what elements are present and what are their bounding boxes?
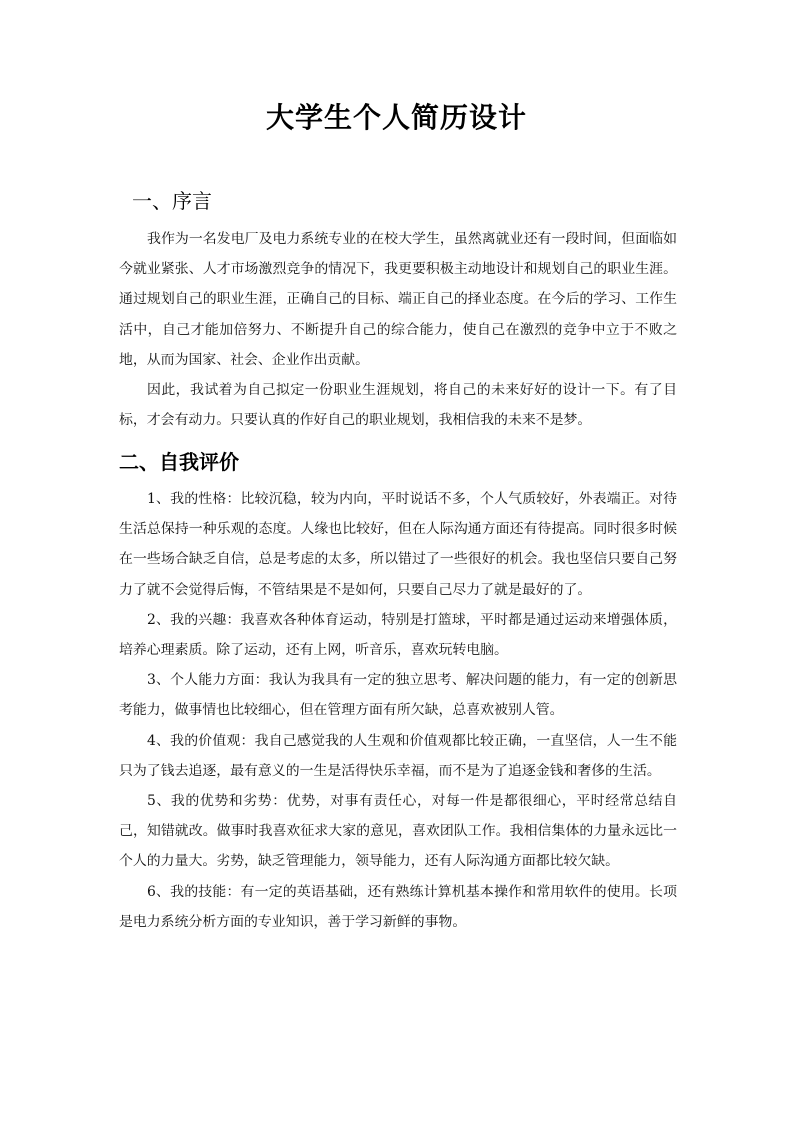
- paragraph-values: 4、我的价值观：我自己感觉我的人生观和价值观都比较正确，一直坚信，人一生不能只为…: [119, 726, 677, 786]
- paragraph-skills: 6、我的技能：有一定的英语基础，还有熟练计算机基本操作和常用软件的使用。长项是电…: [119, 877, 677, 937]
- paragraph-preface-2: 因此，我试着为自己拟定一份职业生涯规划，将自己的未来好好的设计一下。有了目标，才…: [119, 375, 677, 435]
- document-page: 大学生个人简历设计 一、序言 我作为一名发电厂及电力系统专业的在校大学生，虽然离…: [0, 0, 793, 1122]
- paragraph-personality: 1、我的性格：比较沉稳，较为内向，平时说话不多，个人气质较好，外表端正。对待生活…: [119, 484, 677, 605]
- paragraph-preface-1: 我作为一名发电厂及电力系统专业的在校大学生，虽然离就业还有一段时间，但面临如今就…: [119, 224, 677, 375]
- paragraph-interests: 2、我的兴趣：我喜欢各种体育运动，特别是打篮球，平时都是通过运动来增强体质，培养…: [119, 605, 677, 665]
- paragraph-strengths-weaknesses: 5、我的优势和劣势：优势，对事有责任心，对每一件是都很细心，平时经常总结自己，知…: [119, 786, 677, 877]
- paragraph-abilities: 3、个人能力方面：我认为我具有一定的独立思考、解决问题的能力，有一定的创新思考能…: [119, 665, 677, 725]
- section-heading-preface: 一、序言: [132, 187, 212, 215]
- section-heading-self-evaluation: 二、自我评价: [119, 448, 239, 476]
- page-title: 大学生个人简历设计: [0, 98, 793, 138]
